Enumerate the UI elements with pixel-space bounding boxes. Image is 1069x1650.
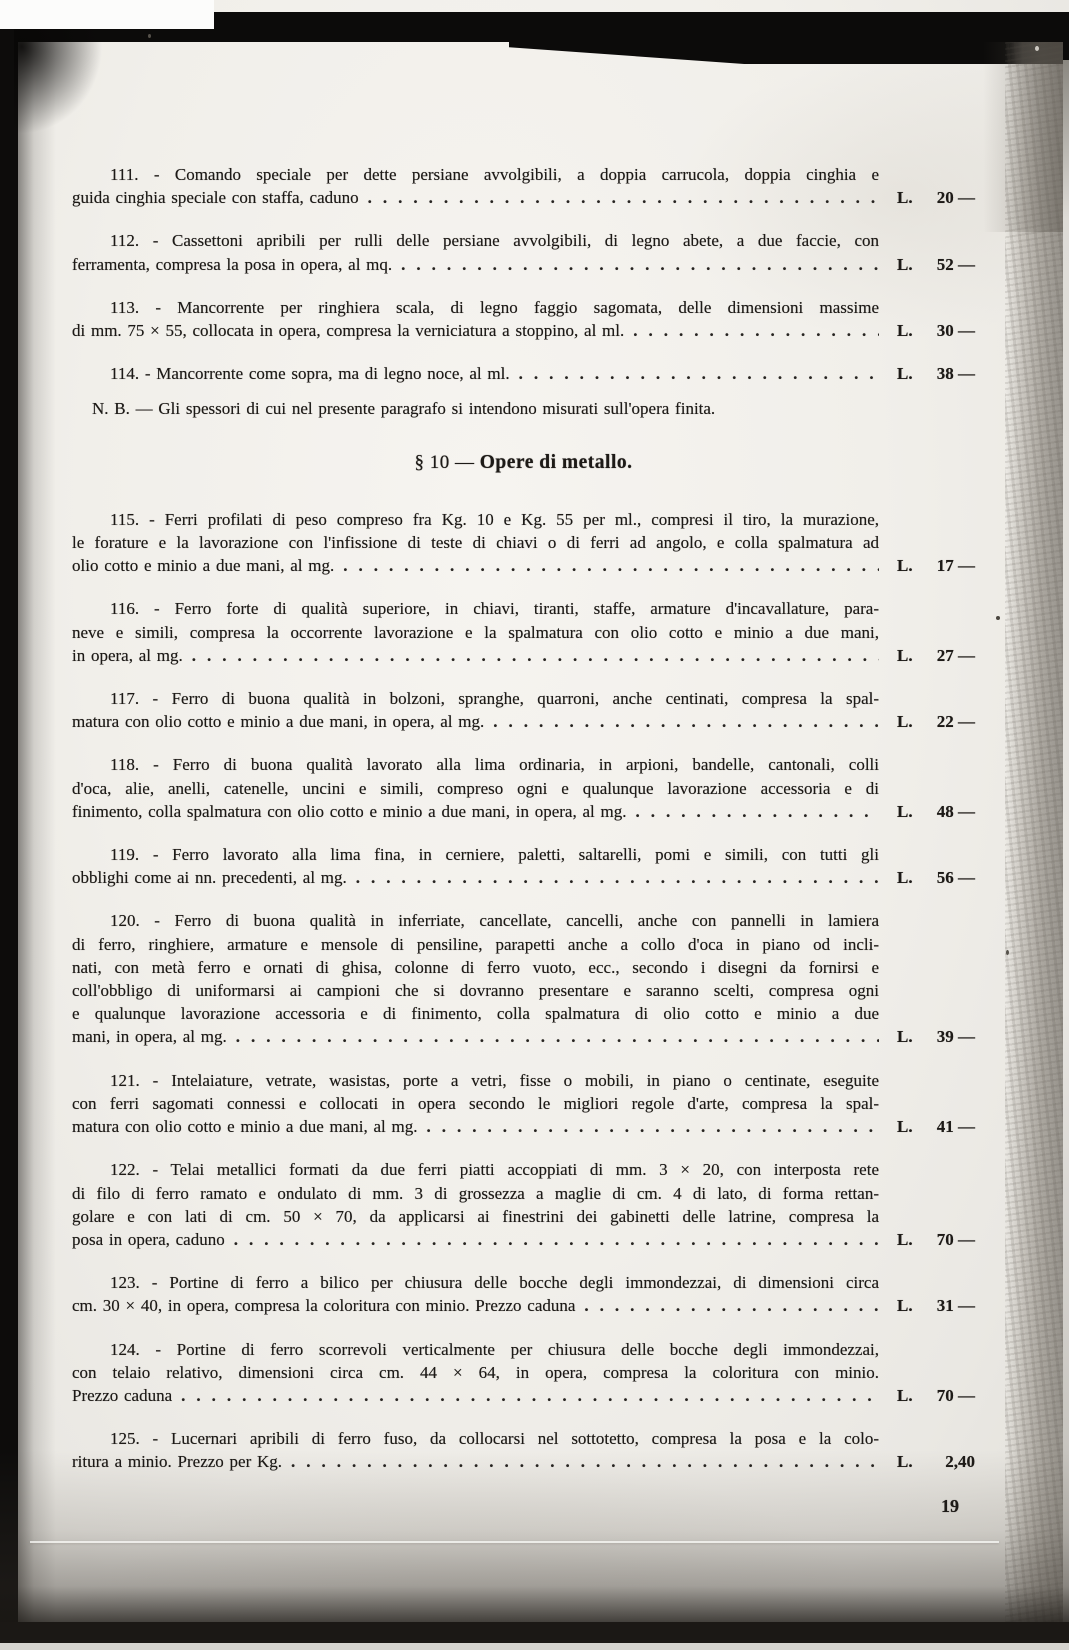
scan-speck bbox=[996, 616, 1000, 620]
item-text-line: olio cotto e minio a due mani, al mg. bbox=[72, 554, 334, 577]
price-amount: 48 — bbox=[913, 800, 975, 823]
item-text-line: coll'obbligo di uniformarsi ai campioni … bbox=[72, 979, 879, 1002]
dot-leader: ........................................… bbox=[575, 1294, 879, 1317]
item-text-line: 116. - Ferro forte di qualità superiore,… bbox=[72, 597, 879, 620]
price-amount: 31 — bbox=[913, 1294, 975, 1317]
dot-leader: ........................................… bbox=[626, 800, 879, 823]
item-price: L.2,40 bbox=[897, 1450, 975, 1473]
item-last-line: posa in opera, caduno...................… bbox=[72, 1228, 975, 1251]
price-amount: 39 — bbox=[913, 1025, 975, 1048]
price-list-item: 123. - Portine di ferro a bilico per chi… bbox=[72, 1271, 975, 1317]
section-heading: § 10 — Opere di metallo. bbox=[72, 451, 975, 474]
item-text-line: d'oca, alie, anelli, catenelle, uncini e… bbox=[72, 777, 879, 800]
dot-leader: ........................................… bbox=[334, 554, 879, 577]
item-last-line: finimento, colla spalmatura con olio cot… bbox=[72, 800, 975, 823]
price-list-item: 114. - Mancorrente come sopra, ma di leg… bbox=[72, 362, 975, 385]
price-list-item: 125. - Lucernari apribili di ferro fuso,… bbox=[72, 1427, 975, 1473]
item-text-line: le forature e la lavorazione con l'infis… bbox=[72, 531, 879, 554]
item-text-line: guida cinghia speciale con staffa, cadun… bbox=[72, 186, 359, 209]
item-text-line: mani, in opera, al mg. bbox=[72, 1025, 227, 1048]
dot-leader: ........................................… bbox=[417, 1115, 879, 1138]
item-price: L.17 — bbox=[897, 554, 975, 577]
item-text-line: in opera, al mg. bbox=[72, 644, 183, 667]
scan-right-light-strip bbox=[1063, 60, 1069, 1650]
item-text-line: 111. - Comando speciale per dette persia… bbox=[72, 163, 879, 186]
price-list-item: 118. - Ferro di buona qualità lavorato a… bbox=[72, 753, 975, 823]
item-price: L.70 — bbox=[897, 1384, 975, 1407]
dot-leader: ........................................… bbox=[227, 1025, 879, 1048]
currency-label: L. bbox=[897, 362, 913, 385]
price-amount: 17 — bbox=[913, 554, 975, 577]
page-number: 19 bbox=[941, 1496, 959, 1517]
currency-label: L. bbox=[897, 1450, 913, 1473]
price-amount: 38 — bbox=[913, 362, 975, 385]
scanned-page: 111. - Comando speciale per dette persia… bbox=[0, 0, 1069, 1650]
item-last-line: di mm. 75 × 55, collocata in opera, comp… bbox=[72, 319, 975, 342]
scan-speck bbox=[148, 34, 151, 38]
item-price: L.22 — bbox=[897, 710, 975, 733]
scan-left-black-bar bbox=[0, 27, 18, 1650]
item-price: L.52 — bbox=[897, 253, 975, 276]
item-text-line: 115. - Ferri profilati di peso compreso … bbox=[72, 508, 879, 531]
price-amount: 70 — bbox=[913, 1384, 975, 1407]
item-last-line: mani, in opera, al mg...................… bbox=[72, 1025, 975, 1048]
currency-label: L. bbox=[897, 1025, 913, 1048]
item-text-line: 125. - Lucernari apribili di ferro fuso,… bbox=[72, 1427, 879, 1450]
currency-label: L. bbox=[897, 866, 913, 889]
item-text-line: nati, con metà ferro e ornati di ghisa, … bbox=[72, 956, 879, 979]
item-price: L.48 — bbox=[897, 800, 975, 823]
item-price: L.20 — bbox=[897, 186, 975, 209]
dot-leader: ........................................… bbox=[359, 186, 879, 209]
price-list-item: 117. - Ferro di buona qualità in bolzoni… bbox=[72, 687, 975, 733]
item-text-line: matura con olio cotto e minio a due mani… bbox=[72, 710, 484, 733]
currency-label: L. bbox=[897, 800, 913, 823]
item-text-line: con ferri sagomati connessi e collocati … bbox=[72, 1092, 879, 1115]
currency-label: L. bbox=[897, 710, 913, 733]
currency-label: L. bbox=[897, 1294, 913, 1317]
item-text-line: ferramenta, compresa la posa in opera, a… bbox=[72, 253, 392, 276]
scan-bottom-light-strip bbox=[0, 1643, 1069, 1650]
price-list-item: 115. - Ferri profilati di peso compreso … bbox=[72, 508, 975, 578]
scan-top-left-white-corner bbox=[0, 0, 214, 29]
item-text-line: matura con olio cotto e minio a due mani… bbox=[72, 1115, 417, 1138]
dot-leader: ........................................… bbox=[225, 1228, 879, 1251]
item-text-line: neve e simili, compresa la occorrente la… bbox=[72, 621, 879, 644]
price-amount: 20 — bbox=[913, 186, 975, 209]
item-text-line: posa in opera, caduno bbox=[72, 1228, 225, 1251]
item-price: L.41 — bbox=[897, 1115, 975, 1138]
price-amount: 70 — bbox=[913, 1228, 975, 1251]
item-last-line: olio cotto e minio a due mani, al mg....… bbox=[72, 554, 975, 577]
item-text-line: 118. - Ferro di buona qualità lavorato a… bbox=[72, 753, 879, 776]
price-amount: 22 — bbox=[913, 710, 975, 733]
currency-label: L. bbox=[897, 319, 913, 342]
price-list-item: 112. - Cassettoni apribili per rulli del… bbox=[72, 229, 975, 275]
items-list-bottom: 115. - Ferri profilati di peso compreso … bbox=[72, 508, 975, 1474]
item-text-line: di mm. 75 × 55, collocata in opera, comp… bbox=[72, 319, 624, 342]
currency-label: L. bbox=[897, 644, 913, 667]
price-list-item: 120. - Ferro di buona qualità in inferri… bbox=[72, 909, 975, 1048]
item-text-line: 114. - Mancorrente come sopra, ma di leg… bbox=[72, 362, 510, 385]
dot-leader: ........................................… bbox=[347, 866, 879, 889]
item-text-line: 124. - Portine di ferro scorrevoli verti… bbox=[72, 1338, 879, 1361]
price-list-item: 113. - Mancorrente per ringhiera scala, … bbox=[72, 296, 975, 342]
scan-corner-blob bbox=[14, 26, 109, 141]
item-last-line: cm. 30 × 40, in opera, compresa la color… bbox=[72, 1294, 975, 1317]
item-last-line: guida cinghia speciale con staffa, cadun… bbox=[72, 186, 975, 209]
price-list-item: 124. - Portine di ferro scorrevoli verti… bbox=[72, 1338, 975, 1408]
dot-leader: ........................................… bbox=[484, 710, 879, 733]
page-content: 111. - Comando speciale per dette persia… bbox=[72, 163, 975, 1494]
nb-note: N. B. — Gli spessori di cui nel presente… bbox=[72, 397, 879, 420]
dot-leader: ........................................… bbox=[172, 1384, 879, 1407]
item-price: L.70 — bbox=[897, 1228, 975, 1251]
book-page-edges-right-top bbox=[983, 42, 1063, 232]
price-amount: 27 — bbox=[913, 644, 975, 667]
item-price: L.30 — bbox=[897, 319, 975, 342]
dot-leader: ........................................… bbox=[282, 1450, 879, 1473]
item-last-line: matura con olio cotto e minio a due mani… bbox=[72, 710, 975, 733]
item-text-line: 112. - Cassettoni apribili per rulli del… bbox=[72, 229, 879, 252]
item-text-line: ritura a minio. Prezzo per Kg. bbox=[72, 1450, 282, 1473]
item-last-line: ritura a minio. Prezzo per Kg...........… bbox=[72, 1450, 975, 1473]
scan-speck bbox=[1006, 950, 1009, 955]
dot-leader: ........................................… bbox=[510, 362, 879, 385]
currency-label: L. bbox=[897, 554, 913, 577]
item-text-line: 121. - Intelaiature, vetrate, wasistas, … bbox=[72, 1069, 879, 1092]
section-title: Opere di metallo. bbox=[480, 452, 633, 473]
item-text-line: cm. 30 × 40, in opera, compresa la color… bbox=[72, 1294, 575, 1317]
item-text-line: di ferro, ringhiere, armature e mensole … bbox=[72, 933, 879, 956]
item-text-line: finimento, colla spalmatura con olio cot… bbox=[72, 800, 626, 823]
currency-label: L. bbox=[897, 1384, 913, 1407]
item-text-line: 122. - Telai metallici formati da due fe… bbox=[72, 1158, 879, 1181]
item-text-line: 120. - Ferro di buona qualità in inferri… bbox=[72, 909, 879, 932]
section-number: § 10 — bbox=[415, 452, 480, 473]
dot-leader: ........................................… bbox=[183, 644, 879, 667]
item-text-line: di filo di ferro ramato e ondulato di mm… bbox=[72, 1182, 879, 1205]
price-list-item: 122. - Telai metallici formati da due fe… bbox=[72, 1158, 975, 1251]
book-page-edges-right bbox=[1005, 42, 1063, 1644]
paper-crease-line bbox=[30, 1541, 999, 1543]
item-price: L.38 — bbox=[897, 362, 975, 385]
price-list-item: 111. - Comando speciale per dette persia… bbox=[72, 163, 975, 209]
item-last-line: Prezzo caduna...........................… bbox=[72, 1384, 975, 1407]
scan-bottom-black-band bbox=[0, 1622, 1069, 1644]
item-text-line: obblighi come ai nn. precedenti, al mg. bbox=[72, 866, 347, 889]
item-last-line: obblighi come ai nn. precedenti, al mg..… bbox=[72, 866, 975, 889]
page-left-edge-shadow bbox=[18, 30, 56, 1632]
scan-speck bbox=[1035, 46, 1039, 51]
item-price: L.39 — bbox=[897, 1025, 975, 1048]
items-list-top: 111. - Comando speciale per dette persia… bbox=[72, 163, 975, 385]
item-text-line: golare e con lati di cm. 50 × 70, da app… bbox=[72, 1205, 879, 1228]
item-text-line: Prezzo caduna bbox=[72, 1384, 172, 1407]
item-text-line: 113. - Mancorrente per ringhiera scala, … bbox=[72, 296, 879, 319]
item-last-line: matura con olio cotto e minio a due mani… bbox=[72, 1115, 975, 1138]
dot-leader: ........................................… bbox=[624, 319, 879, 342]
currency-label: L. bbox=[897, 186, 913, 209]
item-text-line: con telaio relativo, dimensioni circa cm… bbox=[72, 1361, 879, 1384]
price-amount: 30 — bbox=[913, 319, 975, 342]
price-amount: 2,40 bbox=[913, 1450, 975, 1473]
currency-label: L. bbox=[897, 1228, 913, 1251]
item-text-line: 123. - Portine di ferro a bilico per chi… bbox=[72, 1271, 879, 1294]
item-last-line: 114. - Mancorrente come sopra, ma di leg… bbox=[72, 362, 975, 385]
item-price: L.56 — bbox=[897, 866, 975, 889]
item-text-line: e qualunque lavorazione accessoria e di … bbox=[72, 1002, 879, 1025]
item-price: L.31 — bbox=[897, 1294, 975, 1317]
dot-leader: ........................................… bbox=[392, 253, 879, 276]
price-amount: 56 — bbox=[913, 866, 975, 889]
price-list-item: 119. - Ferro lavorato alla lima fina, in… bbox=[72, 843, 975, 889]
price-list-item: 121. - Intelaiature, vetrate, wasistas, … bbox=[72, 1069, 975, 1139]
item-price: L.27 — bbox=[897, 644, 975, 667]
price-amount: 41 — bbox=[913, 1115, 975, 1138]
item-last-line: in opera, al mg.........................… bbox=[72, 644, 975, 667]
price-list-item: 116. - Ferro forte di qualità superiore,… bbox=[72, 597, 975, 667]
item-last-line: ferramenta, compresa la posa in opera, a… bbox=[72, 253, 975, 276]
item-text-line: 117. - Ferro di buona qualità in bolzoni… bbox=[72, 687, 879, 710]
price-amount: 52 — bbox=[913, 253, 975, 276]
currency-label: L. bbox=[897, 253, 913, 276]
currency-label: L. bbox=[897, 1115, 913, 1138]
item-text-line: 119. - Ferro lavorato alla lima fina, in… bbox=[72, 843, 879, 866]
